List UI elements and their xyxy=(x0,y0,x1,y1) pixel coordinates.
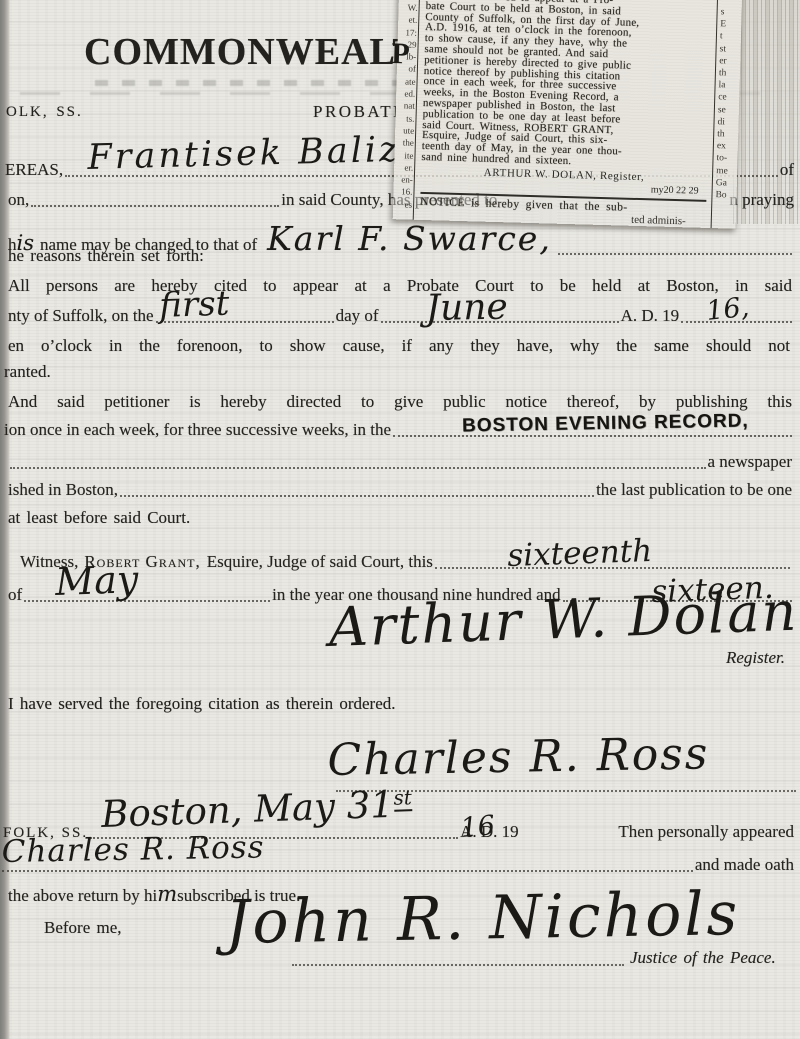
server-signature: Charles R. Ross xyxy=(327,728,710,786)
published-row: ished in Boston, the last publication to… xyxy=(8,480,792,500)
published-left: ished in Boston, xyxy=(8,480,118,500)
witness-p2: Esquire, Judge of said Court, this xyxy=(207,552,433,572)
justice-signature: John R. Nichols xyxy=(225,879,741,958)
newspaper-label: a newspaper xyxy=(708,452,793,472)
dotted-line xyxy=(2,868,693,872)
county-label: OLK, SS. xyxy=(6,104,83,121)
forenoon-line: en o’clock in the forenoon, to show caus… xyxy=(8,336,790,356)
scanned-probate-citation: COMMONWEALTH OF OLK, SS. PROBATE EREAS, … xyxy=(0,0,800,1039)
residence-right: n praying xyxy=(729,190,794,210)
citation-printed: ion once in each week, for three success… xyxy=(4,420,391,440)
granted-line: ranted. xyxy=(4,362,51,382)
court-label: PROBATE xyxy=(313,102,406,122)
clipping-big-letter: P xyxy=(391,37,410,71)
dotted-line xyxy=(120,493,594,497)
residence-left: on, xyxy=(8,190,29,210)
superscript-st: st xyxy=(393,785,412,812)
dateline-p3: A. D. 19 xyxy=(621,306,680,326)
yearline-of: of xyxy=(8,585,22,605)
justice-title: Justice of the Peace. xyxy=(630,948,776,968)
dotted-line xyxy=(10,465,706,469)
whereas-label: EREAS, xyxy=(5,160,63,180)
return-p1: the above return by hi xyxy=(8,886,157,906)
him-handwriting: m xyxy=(157,882,177,906)
dotted-line xyxy=(31,203,279,207)
month-handwriting: June xyxy=(425,287,508,329)
dotted-line xyxy=(558,251,792,255)
oath-name-handwriting: Charles R. Ross xyxy=(1,829,264,870)
year-handwriting: 16, xyxy=(705,292,751,327)
before-me-label: Before me, xyxy=(44,918,122,938)
served-line: I have served the foregoing citation as … xyxy=(8,694,396,714)
oath-year-handwriting: 16 xyxy=(459,810,496,844)
newspaper-clipping: W. et. 17: 29 lb- of ate ed. nat ts. ute… xyxy=(393,0,743,229)
made-oath-label: and made oath xyxy=(695,855,794,875)
justice-signature-underline xyxy=(292,962,624,966)
whereas-of: of xyxy=(780,160,794,180)
reasons-line: he reasons therein set forth: xyxy=(8,246,204,266)
newspaper-row: a newspaper xyxy=(8,452,792,472)
day-handwriting: first xyxy=(159,284,230,326)
day-before-line: at least before said Court. xyxy=(8,508,190,528)
court-date-row: nty of Suffolk, on the day of A. D. 19 xyxy=(8,306,794,326)
new-name-handwriting: Karl F. Swarce, xyxy=(267,219,552,258)
dateline-p1: nty of Suffolk, on the xyxy=(8,306,154,326)
cited-paragraph: All persons are hereby cited to appear a… xyxy=(8,276,792,296)
clipping-main-column: ed to appear at a Pro- bate Court to be … xyxy=(413,0,719,228)
may-handwriting: May xyxy=(54,557,139,604)
oath-appeared: Then personally appeared xyxy=(618,822,794,842)
register-title: Register. xyxy=(726,648,785,668)
dateline-p2: day of xyxy=(336,306,379,326)
publish-paragraph: And said petitioner is hereby directed t… xyxy=(8,392,792,412)
sixteenth-handwriting: sixteenth xyxy=(507,533,653,574)
clipping-body-text: ed to appear at a Pro- bate Court to be … xyxy=(421,0,712,171)
published-right: the last publication to be one xyxy=(596,480,792,500)
